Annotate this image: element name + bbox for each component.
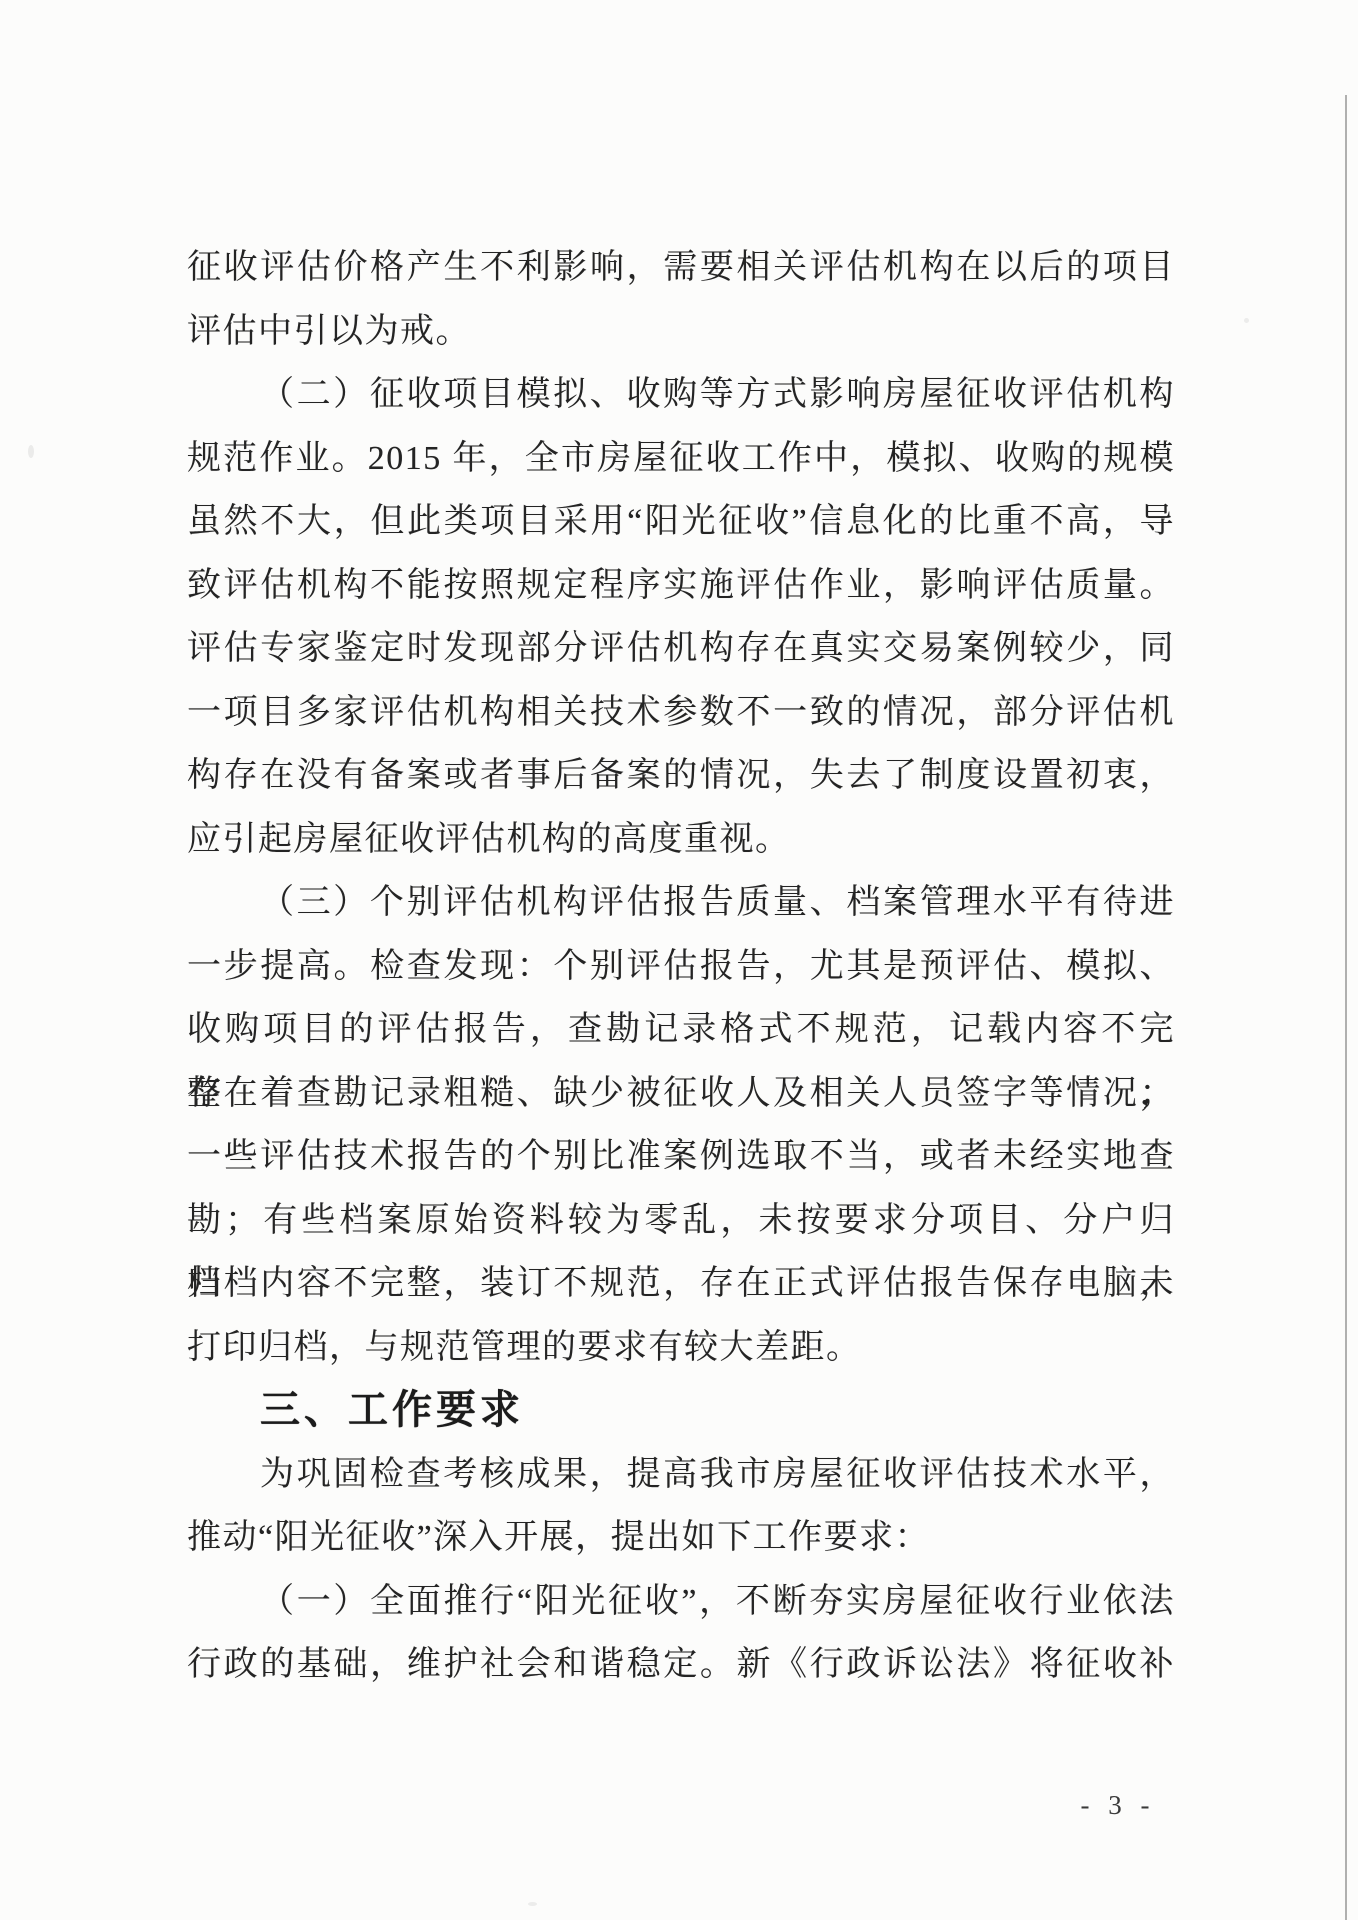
section-heading: 三、工作要求	[187, 1379, 1175, 1443]
text-line: 征收评估价格产生不利影响，需要相关评估机构在以后的项目	[187, 236, 1175, 300]
text-line: 构存在没有备案或者事后备案的情况，失去了制度设置初衷，	[187, 744, 1175, 808]
text-line: 一项目多家评估机构相关技术参数不一致的情况，部分评估机	[187, 681, 1175, 745]
text-line: 评估专家鉴定时发现部分评估机构存在真实交易案例较少，同	[187, 617, 1175, 681]
text-line: 一步提高。检查发现：个别评估报告，尤其是预评估、模拟、	[187, 935, 1175, 999]
text-line: 存在着查勘记录粗糙、缺少被征收人及相关人员签字等情况；	[187, 1062, 1175, 1126]
text-line: 规范作业。2015 年，全市房屋征收工作中，模拟、收购的规模	[187, 427, 1175, 491]
text-line: 致评估机构不能按照规定程序实施评估作业，影响评估质量。	[187, 554, 1175, 618]
text-line: 评估中引以为戒。	[187, 300, 1175, 364]
text-line: （一）全面推行“阳光征收”，不断夯实房屋征收行业依法	[187, 1570, 1175, 1634]
text-line: 应引起房屋征收评估机构的高度重视。	[187, 808, 1175, 872]
paper-edge-line	[1345, 95, 1347, 1920]
text-line: 虽然不大，但此类项目采用“阳光征收”信息化的比重不高，导	[187, 490, 1175, 554]
text-line: 归档内容不完整，装订不规范，存在正式评估报告保存电脑未	[187, 1252, 1175, 1316]
text-line: 为巩固检查考核成果，提高我市房屋征收评估技术水平，	[187, 1443, 1175, 1507]
page-number: - 3 -	[1068, 1782, 1168, 1828]
scan-artifact	[1244, 318, 1249, 323]
text-line: 推动“阳光征收”深入开展，提出如下工作要求：	[187, 1506, 1175, 1570]
document-body: 征收评估价格产生不利影响，需要相关评估机构在以后的项目评估中引以为戒。（二）征收…	[187, 236, 1175, 1697]
text-line: 一些评估技术报告的个别比准案例选取不当，或者未经实地查	[187, 1125, 1175, 1189]
text-line: （二）征收项目模拟、收购等方式影响房屋征收评估机构	[187, 363, 1175, 427]
document-page: 征收评估价格产生不利影响，需要相关评估机构在以后的项目评估中引以为戒。（二）征收…	[0, 0, 1358, 1920]
text-line: 行政的基础，维护社会和谐稳定。新《行政诉讼法》将征收补	[187, 1633, 1175, 1697]
scan-artifact	[28, 445, 34, 458]
scan-artifact	[528, 1902, 537, 1906]
text-line: 勘；有些档案原始资料较为零乱，未按要求分项目、分户归档，	[187, 1189, 1175, 1253]
text-line: 打印归档，与规范管理的要求有较大差距。	[187, 1316, 1175, 1380]
text-line: 收购项目的评估报告，查勘记录格式不规范，记载内容不完整，	[187, 998, 1175, 1062]
text-line: （三）个别评估机构评估报告质量、档案管理水平有待进	[187, 871, 1175, 935]
